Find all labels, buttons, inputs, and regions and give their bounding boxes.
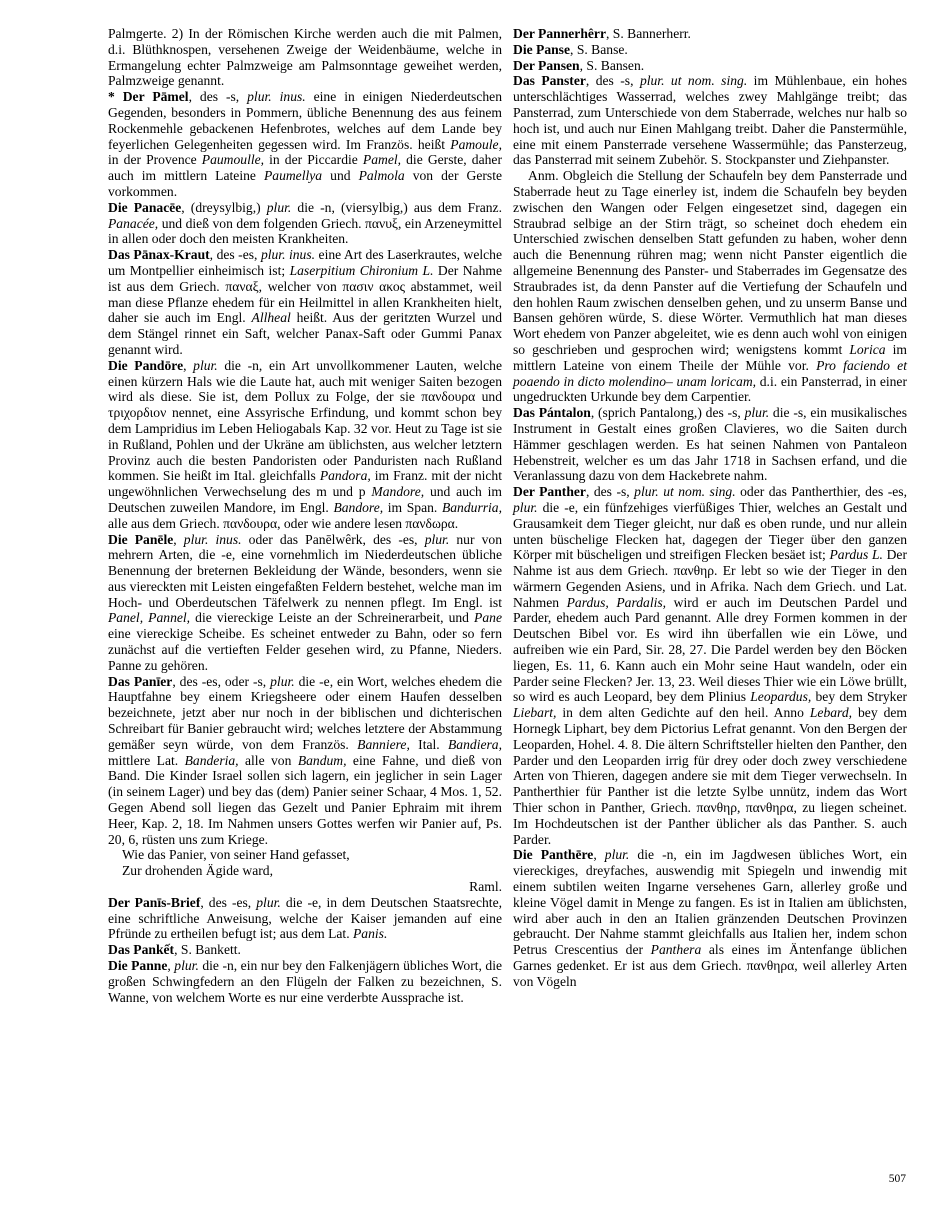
- text-segment: , des -s,: [586, 484, 634, 499]
- text-segment: Banniere,: [357, 737, 410, 752]
- text-segment: Palmgerte. 2) In der Römischen Kirche we…: [108, 26, 502, 88]
- text-segment: Paumellya: [264, 168, 322, 183]
- text-segment: , des -es,: [200, 895, 256, 910]
- text-segment: in dem alten Gedichte auf den heil. Anno: [556, 705, 809, 720]
- text-segment: , des -s,: [586, 73, 640, 88]
- entry-paragraph: Der Panīs-Brief, des -es, plur. die -e, …: [108, 895, 502, 942]
- headword: Die Panacēe: [108, 200, 181, 215]
- text-segment: plur. inus.: [247, 89, 306, 104]
- verse-line: Zur drohenden Ägide ward,: [108, 863, 502, 879]
- text-segment: Allheal: [252, 310, 291, 325]
- right-column: Der Pannerhêrr, S. Bannerherr.Die Panse,…: [513, 26, 907, 1005]
- text-segment: mittlere Lat.: [108, 753, 185, 768]
- text-segment: Wie das Panier, von seiner Hand gefasset…: [122, 847, 350, 862]
- entry-paragraph: Das Panster, des -s, plur. ut nom. sing.…: [513, 73, 907, 168]
- text-segment: oder das Pantherthier, des -es,: [736, 484, 907, 499]
- text-segment: oder das Panēlwêrk, des -es,: [242, 532, 425, 547]
- text-segment: plur.: [745, 405, 770, 420]
- headword: Die Pandōre: [108, 358, 183, 373]
- text-segment: , (dreysylbig,): [181, 200, 266, 215]
- text-segment: , S. Bannerherr.: [606, 26, 691, 41]
- text-segment: Bandore,: [333, 500, 383, 515]
- text-segment: , (sprich Pantalong,) des -s,: [591, 405, 745, 420]
- entry-paragraph: Das Panīer, des -es, oder -s, plur. die …: [108, 674, 502, 848]
- text-segment: ,: [593, 847, 604, 862]
- text-segment: Pamel,: [363, 152, 401, 167]
- entry-paragraph: Die Pandōre, plur. die -n, ein Art unvol…: [108, 358, 502, 532]
- text-segment: Banderia,: [185, 753, 239, 768]
- verse-line: Wie das Panier, von seiner Hand gefasset…: [108, 847, 502, 863]
- text-segment: ,: [183, 358, 193, 373]
- text-segment: Ital.: [410, 737, 448, 752]
- text-segment: plur.: [605, 847, 630, 862]
- text-segment: Pane: [474, 610, 502, 625]
- text-segment: Lebard,: [810, 705, 852, 720]
- text-segment: Panthera: [651, 942, 702, 957]
- text-segment: Raml.: [469, 879, 502, 894]
- headword: Die Panse: [513, 42, 570, 57]
- entry-paragraph: Der Panther, des -s, plur. ut nom. sing.…: [513, 484, 907, 847]
- text-segment: Zur drohenden Ägide ward,: [122, 863, 273, 878]
- headword: Die Panēle: [108, 532, 173, 547]
- text-segment: plur. inus.: [261, 247, 315, 262]
- page-number: 507: [512, 1172, 906, 1186]
- text-segment: plur.: [425, 532, 450, 547]
- text-segment: Lorica: [849, 342, 885, 357]
- text-segment: die -n, ein im Jagdwesen übliches Wort, …: [513, 847, 907, 957]
- entry-paragraph: Die Panacēe, (dreysylbig,) plur. die -n,…: [108, 200, 502, 247]
- text-segment: Panis.: [353, 926, 387, 941]
- headword: Das Panīer: [108, 674, 172, 689]
- text-segment: plur.: [256, 895, 281, 910]
- entry-paragraph: Der Pannerhêrr, S. Bannerherr.: [513, 26, 907, 42]
- text-segment: Laserpitium Chironium L.: [290, 263, 434, 278]
- text-segment: Bandiera,: [448, 737, 502, 752]
- text-segment: plur. ut nom. sing.: [640, 73, 747, 88]
- text-segment: bey dem Stryker: [811, 689, 907, 704]
- entry-paragraph: Der Pansen, S. Bansen.: [513, 58, 907, 74]
- headword: Das Pankết: [108, 942, 174, 957]
- headword: * Der Pāmel: [108, 89, 189, 104]
- text-segment: , S. Bankett.: [174, 942, 241, 957]
- text-columns: Palmgerte. 2) In der Römischen Kirche we…: [108, 26, 907, 1005]
- headword: Der Panīs-Brief: [108, 895, 200, 910]
- headword: Die Panthēre: [513, 847, 593, 862]
- text-segment: die viereckige Leiste an der Schreinerar…: [190, 610, 474, 625]
- text-segment: Leopardus,: [750, 689, 811, 704]
- entry-paragraph: Das Pántalon, (sprich Pantalong,) des -s…: [513, 405, 907, 484]
- text-segment: und dieß von dem folgenden Griech. πανυξ…: [108, 216, 502, 247]
- headword: Die Panne: [108, 958, 167, 973]
- text-segment: , S. Bansen.: [580, 58, 645, 73]
- headword: Der Pansen: [513, 58, 580, 73]
- text-segment: Pamoule,: [450, 137, 502, 152]
- text-segment: in der Piccardie: [264, 152, 363, 167]
- continuation-paragraph: Palmgerte. 2) In der Römischen Kirche we…: [108, 26, 502, 89]
- text-segment: , des -s,: [189, 89, 248, 104]
- text-segment: Pardus, Pardalis,: [567, 595, 666, 610]
- text-segment: alle von: [239, 753, 298, 768]
- headword: Das Panster: [513, 73, 586, 88]
- text-segment: Panacée,: [108, 216, 158, 231]
- headword: Das Pānax-Kraut: [108, 247, 210, 262]
- headword: Der Panther: [513, 484, 586, 499]
- text-segment: Palmola: [359, 168, 405, 183]
- text-segment: die -n, (viersylbig,) aus dem Franz.: [291, 200, 502, 215]
- entry-paragraph: Die Panse, S. Banse.: [513, 42, 907, 58]
- text-segment: Panel, Pannel,: [108, 610, 190, 625]
- text-segment: bey dem Hornegk Liphart, bey dem Pictori…: [513, 705, 907, 846]
- text-segment: in der Provence: [108, 152, 202, 167]
- text-segment: plur.: [513, 500, 538, 515]
- text-segment: eine viereckige Scheibe. Es scheinet ent…: [108, 626, 502, 673]
- headword: Der Pannerhêrr: [513, 26, 606, 41]
- text-segment: Bandurria,: [442, 500, 502, 515]
- text-segment: , des -es, oder -s,: [172, 674, 270, 689]
- text-segment: plur.: [270, 674, 295, 689]
- text-segment: Anm. Obgleich die Stellung der Schaufeln…: [513, 168, 907, 357]
- text-segment: plur.: [174, 958, 199, 973]
- text-segment: die -n, ein Art unvollkommener Lauten, w…: [108, 358, 502, 484]
- entry-paragraph: * Der Pāmel, des -s, plur. inus. eine in…: [108, 89, 502, 200]
- text-segment: plur.: [193, 358, 218, 373]
- headword: Das Pántalon: [513, 405, 591, 420]
- text-segment: Mandore,: [371, 484, 424, 499]
- entry-paragraph: Die Panthēre, plur. die -n, ein im Jagdw…: [513, 847, 907, 989]
- text-segment: , S. Banse.: [570, 42, 628, 57]
- text-segment: und: [322, 168, 358, 183]
- entry-paragraph: Die Panēle, plur. inus. oder das Panēlwê…: [108, 532, 502, 674]
- text-segment: Pardus L.: [829, 547, 882, 562]
- attribution: Raml.: [108, 879, 502, 895]
- entry-paragraph: Die Panne, plur. die -n, ein nur bey den…: [108, 958, 502, 1005]
- text-segment: Paumoulle,: [202, 152, 264, 167]
- text-segment: ,: [173, 532, 184, 547]
- text-segment: , des -es,: [210, 247, 261, 262]
- text-segment: alle aus dem Griech. πανδουρα, oder wie …: [108, 516, 458, 531]
- text-segment: im Span.: [383, 500, 442, 515]
- text-segment: plur. ut nom. sing.: [634, 484, 735, 499]
- entry-paragraph: Das Pānax-Kraut, des -es, plur. inus. ei…: [108, 247, 502, 358]
- note-paragraph: Anm. Obgleich die Stellung der Schaufeln…: [513, 168, 907, 405]
- text-segment: plur.: [267, 200, 292, 215]
- entry-paragraph: Das Pankết, S. Bankett.: [108, 942, 502, 958]
- text-segment: Pandora,: [320, 468, 371, 483]
- text-segment: Liebart,: [513, 705, 556, 720]
- text-segment: wird er auch im Deutschen Pardel und Par…: [513, 595, 907, 705]
- text-segment: plur. inus.: [184, 532, 242, 547]
- dictionary-page: Palmgerte. 2) In der Römischen Kirche we…: [0, 0, 935, 1210]
- text-segment: Bandum,: [298, 753, 347, 768]
- left-column: Palmgerte. 2) In der Römischen Kirche we…: [108, 26, 502, 1005]
